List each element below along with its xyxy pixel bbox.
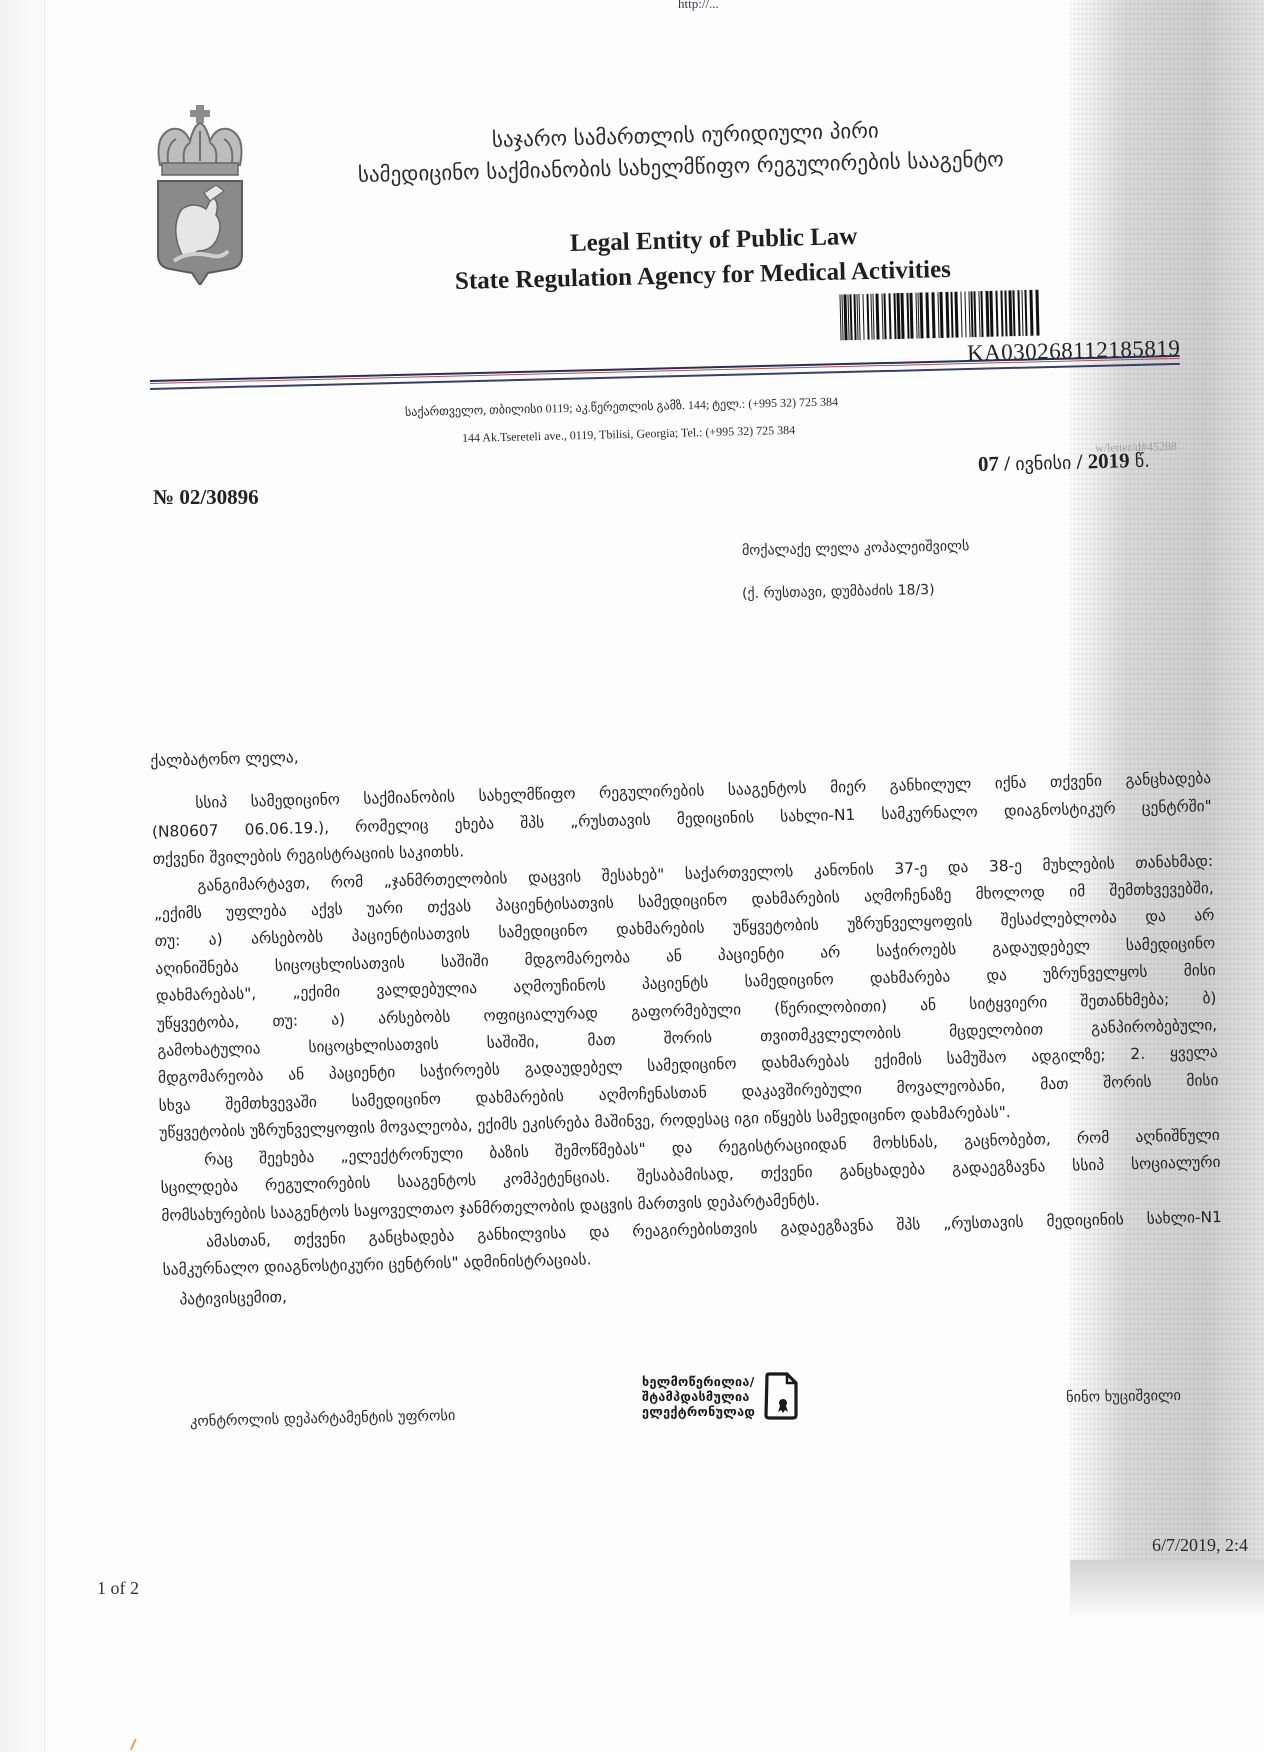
signatory-role: კონტროლის დეპარტამენტის უფროსი bbox=[190, 1408, 456, 1430]
date-year: 2019 bbox=[1087, 448, 1130, 473]
org-title-geo-line1: საჯარო სამართლის იურიდიული პირი bbox=[492, 119, 879, 152]
certified-document-icon bbox=[763, 1372, 799, 1420]
electronic-signature-stamp: ხელმოწერილია/ შტამპდასმულია ელექტრონულად bbox=[642, 1372, 799, 1420]
org-title-geo-line2: სამედიცინო საქმიანობის სახელმწიფო რეგული… bbox=[358, 147, 1004, 187]
recipient-name: მოქალაქე ლელა კოპალეიშვილს bbox=[742, 538, 970, 559]
letter-date: 07 / ივნისი / 2019 წ. bbox=[978, 448, 1151, 477]
org-title-en-line1: Legal Entity of Public Law bbox=[570, 223, 858, 258]
org-title-en-line2: State Regulation Agency for Medical Acti… bbox=[455, 256, 952, 296]
page-count: 1 of 2 bbox=[97, 1578, 139, 1599]
barcode-icon bbox=[837, 289, 1046, 340]
scan-artifact-fade bbox=[1070, 1560, 1264, 1620]
address-en: 144 Ak.Tsereteli ave., 0119, Tbilisi, Ge… bbox=[462, 423, 796, 446]
salutation: ქალბატონო ლელა, bbox=[150, 722, 1210, 775]
date-day: 07 bbox=[978, 451, 1000, 476]
date-month: ივნისი bbox=[1015, 453, 1071, 475]
georgia-coat-of-arms-icon bbox=[150, 105, 250, 285]
letter-body: ქალბატონო ლელა, სსიპ სამედიცინო საქმიანო… bbox=[150, 722, 1224, 1314]
page-edge bbox=[0, 0, 45, 1752]
header-divider bbox=[150, 355, 1180, 390]
esign-text: ხელმოწერილია/ შტამპდასმულია ელექტრონულად bbox=[642, 1374, 755, 1419]
signatory-name: ნინო ხუციშვილი bbox=[1066, 1388, 1181, 1406]
document-number: № 02/30896 bbox=[153, 485, 259, 510]
print-timestamp: 6/7/2019, 2:4 bbox=[1152, 1535, 1248, 1556]
paragraph-2: განგიმარტავთ, რომ „ჯანმრთელობის დაცვის შ… bbox=[153, 848, 1219, 1148]
scan-corner-mark bbox=[130, 1738, 144, 1752]
date-suffix: წ. bbox=[1135, 451, 1151, 472]
address-geo: საქართველო, თბილისი 0119; აკ.წერეთლის გა… bbox=[405, 394, 838, 420]
top-print-header: http://... bbox=[678, 0, 719, 12]
recipient-address: (ქ. რუსთავი, დუმბაძის 18/3) bbox=[742, 582, 935, 602]
